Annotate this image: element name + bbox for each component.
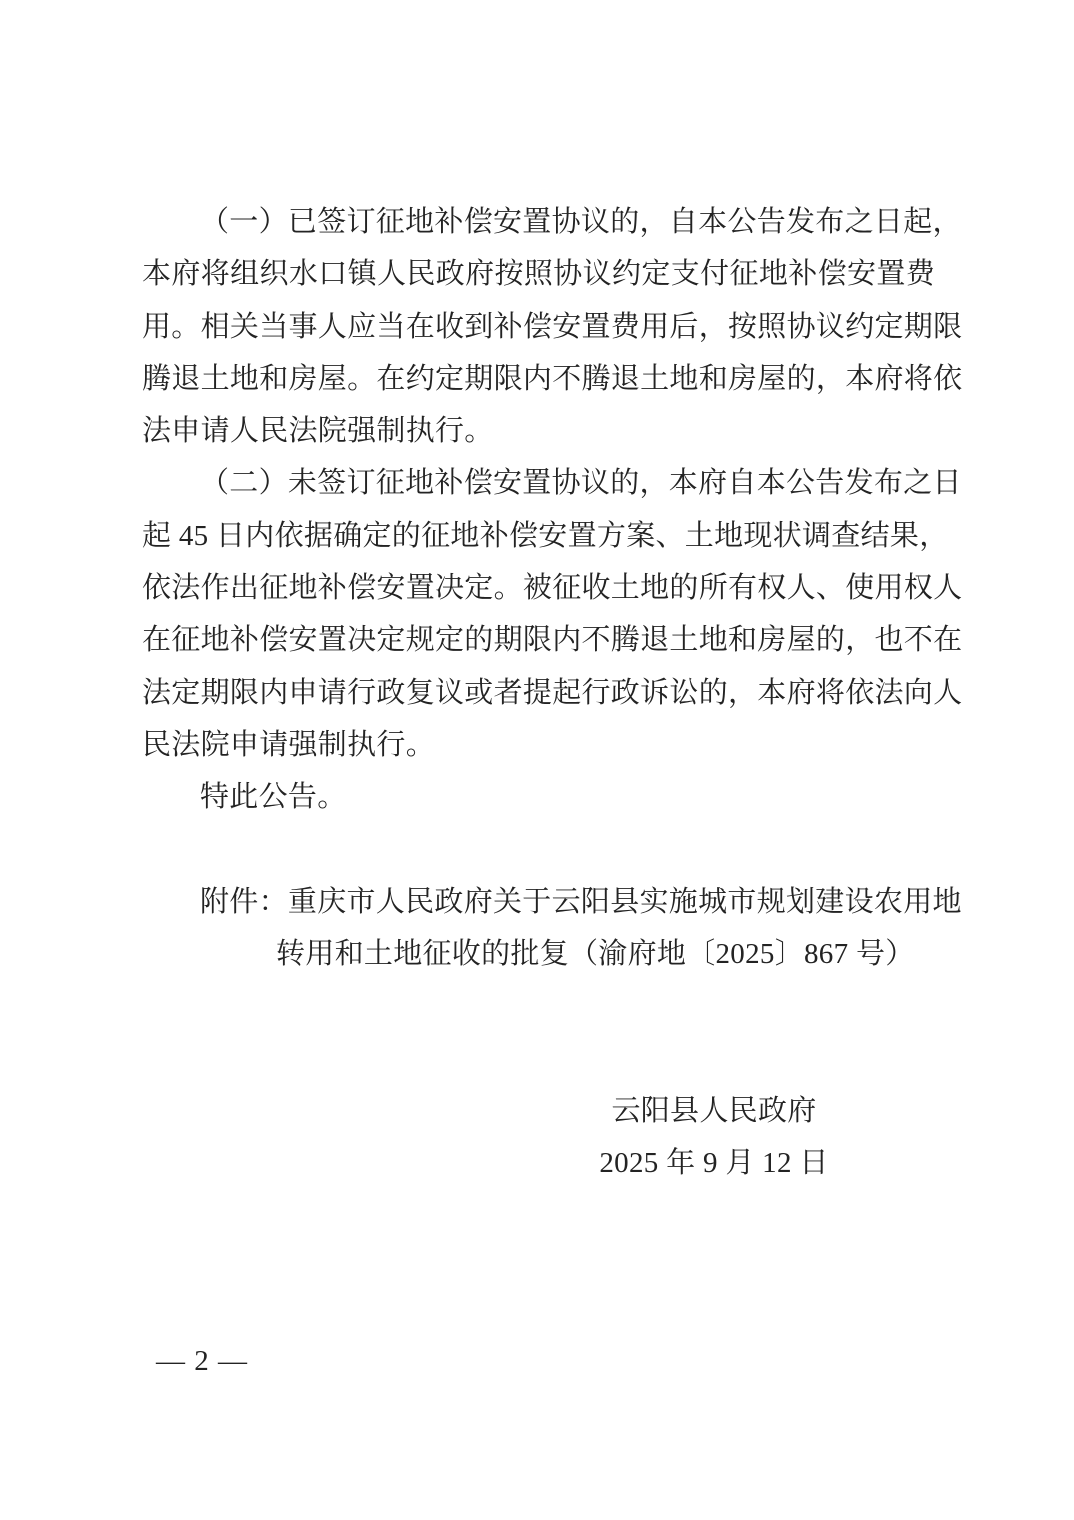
body-line: 腾退土地和房屋。在约定期限内不腾退土地和房屋的，本府将依 [142, 353, 935, 405]
blank-lines [142, 980, 935, 1085]
signature-issuer: 云阳县人民政府 [493, 1085, 935, 1137]
signature-block: 云阳县人民政府 2025 年 9 月 12 日 [142, 1085, 935, 1190]
page-number: — 2 — [156, 1344, 248, 1378]
attachment-line: 附件：重庆市人民政府关于云阳县实施城市规划建设农用地 [142, 876, 935, 928]
signature-date: 2025 年 9 月 12 日 [493, 1137, 935, 1189]
body-line: 用。相关当事人应当在收到补偿安置费用后，按照协议约定期限 [142, 301, 935, 353]
notice-page: （一）已签订征地补偿安置协议的，自本公告发布之日起， 本府将组织水口镇人民政府按… [0, 0, 1074, 1520]
blank-line [142, 824, 935, 876]
body-line: 民法院申请强制执行。 [142, 719, 935, 771]
body-line: 本府将组织水口镇人民政府按照协议约定支付征地补偿安置费 [142, 248, 935, 300]
body-line: 法定期限内申请行政复议或者提起行政诉讼的，本府将依法向人 [142, 667, 935, 719]
body-line: 依法作出征地补偿安置决定。被征收土地的所有权人、使用权人 [142, 562, 935, 614]
body-line: （二）未签订征地补偿安置协议的，本府自本公告发布之日 [142, 457, 935, 509]
attachment-line: 转用和土地征收的批复（渝府地〔2025〕867 号） [142, 928, 935, 980]
body-line: 在征地补偿安置决定规定的期限内不腾退土地和房屋的，也不在 [142, 614, 935, 666]
body-line: （一）已签订征地补偿安置协议的，自本公告发布之日起， [142, 196, 935, 248]
body-line: 起 45 日内依据确定的征地补偿安置方案、土地现状调查结果， [142, 510, 935, 562]
closing-line: 特此公告。 [142, 771, 935, 823]
body-line: 法申请人民法院强制执行。 [142, 405, 935, 457]
notice-body: （一）已签订征地补偿安置协议的，自本公告发布之日起， 本府将组织水口镇人民政府按… [142, 196, 935, 1190]
attachment-block: 附件：重庆市人民政府关于云阳县实施城市规划建设农用地 转用和土地征收的批复（渝府… [142, 876, 935, 981]
